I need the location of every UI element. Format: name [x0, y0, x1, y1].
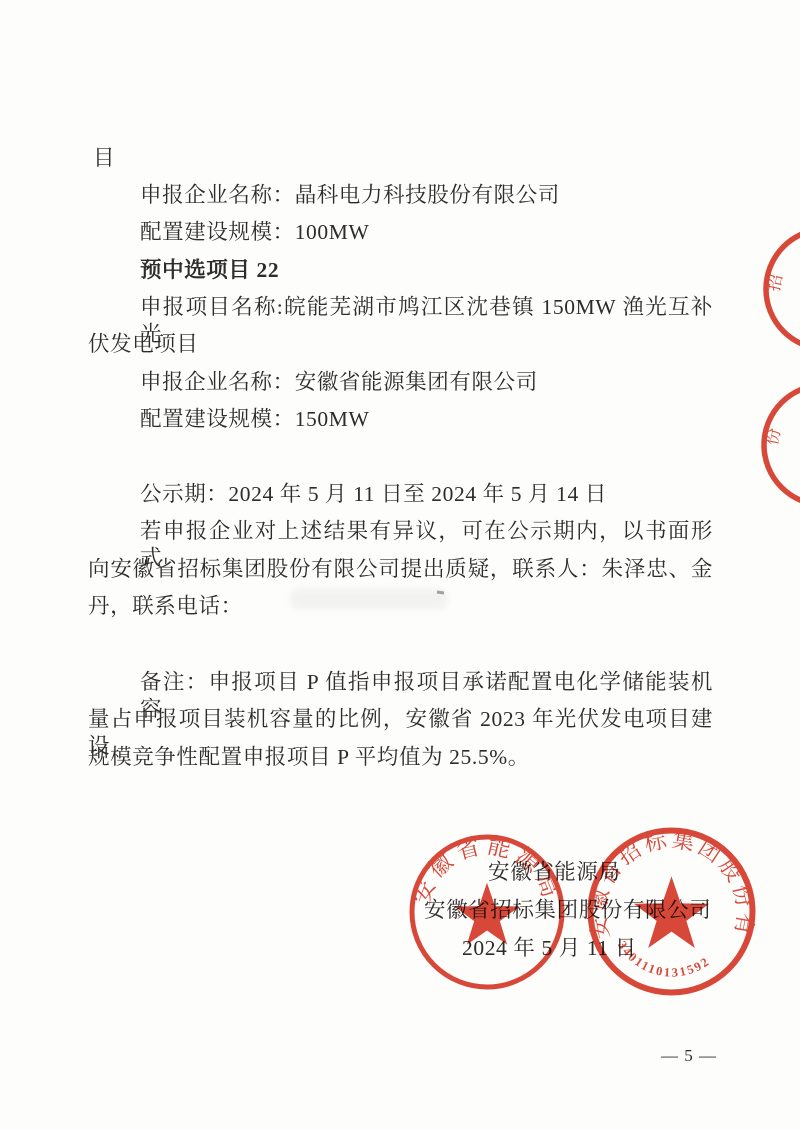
edge-seal-fragment-bottom: 份	[750, 387, 800, 509]
redacted-phone-area	[290, 588, 448, 610]
seal-anhui-bidding-group: 安徽省招标集团股份有限公司 3401110131592	[584, 824, 759, 999]
edge-seal-char: 份	[762, 426, 784, 447]
capacity-line: 配置建设规模：100MW	[140, 219, 369, 246]
project-name-line: 申报项目名称:皖能芜湖市鸠江区沈巷镇 150MW 渔光互补光	[140, 294, 713, 348]
applicant-name-line: 申报企业名称：晶科电力科技股份有限公司	[140, 182, 560, 209]
page-number: — 5 —	[644, 1046, 734, 1066]
project-name-wrap-line: 伏发电项目	[88, 331, 199, 358]
edge-seal-fragment-top: 招	[754, 229, 800, 355]
seal-star-icon	[634, 876, 709, 948]
scanned-notice-page: 目 申报企业名称：晶科电力科技股份有限公司 配置建设规模：100MW 预中选项目…	[0, 0, 800, 1130]
publicity-period-line: 公示期：2024 年 5 月 11 日至 2024 年 5 月 14 日	[140, 481, 607, 508]
orphan-wrap-line: 目	[93, 145, 115, 172]
remark-line-3: 规模竞争性配置申报项目 P 平均值为 25.5%。	[88, 744, 530, 771]
edge-seal-char: 招	[764, 272, 786, 293]
contact-phone-line: 丹，联系电话：	[88, 593, 243, 620]
applicant-name-line: 申报企业名称：安徽省能源集团有限公司	[140, 369, 538, 396]
seal-anhui-energy-bureau: 安徽省能源局	[404, 829, 570, 995]
svg-text:3401110131592: 3401110131592	[615, 939, 713, 980]
seal-code-text: 3401110131592	[615, 939, 713, 980]
seal-star-icon	[455, 883, 520, 945]
preselected-project-heading: 预中选项目 22	[140, 257, 279, 284]
objection-line-2: 向安徽省招标集团股份有限公司提出质疑，联系人：朱泽忠、金	[88, 556, 713, 583]
capacity-line: 配置建设规模：150MW	[140, 406, 369, 433]
